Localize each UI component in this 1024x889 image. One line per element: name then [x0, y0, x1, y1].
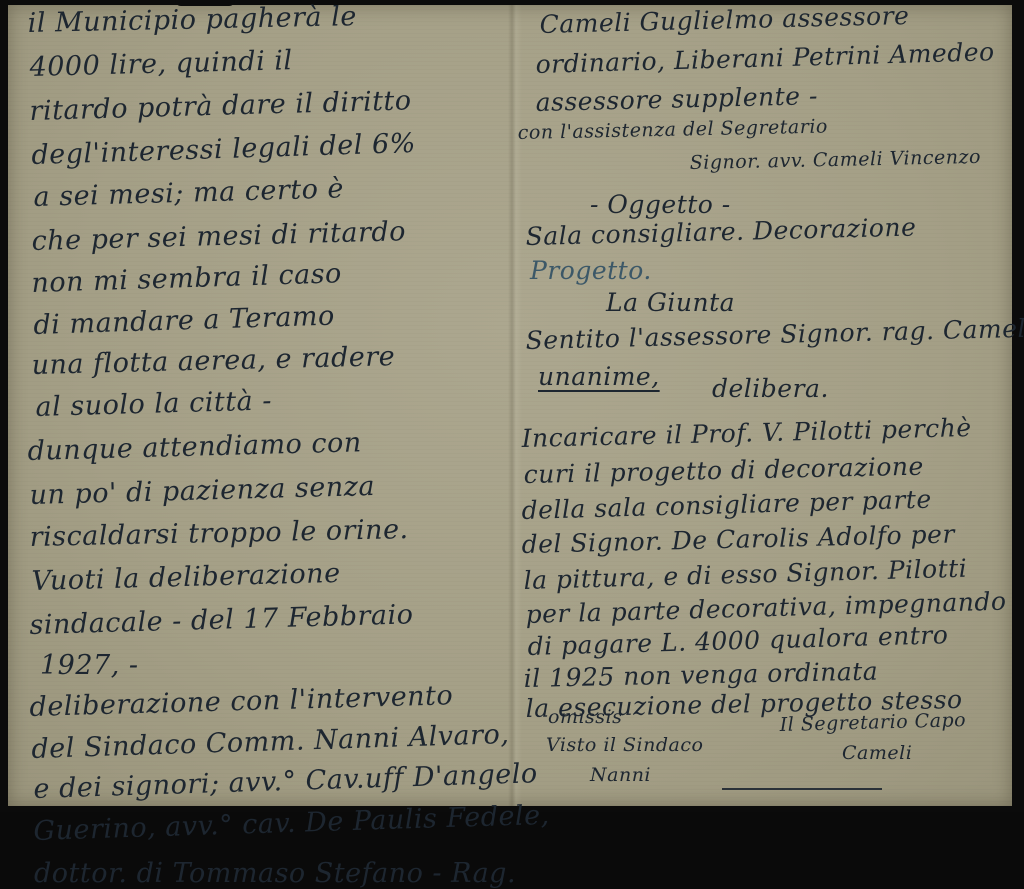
- text-line: omissis: [548, 706, 622, 728]
- text-line: Progetto.: [530, 256, 652, 285]
- text-line: La Giunta: [606, 288, 735, 317]
- signature-name-sindaco: Nanni: [590, 764, 651, 786]
- text-line: - Oggetto -: [590, 190, 731, 219]
- signature-name-segretario: Cameli: [842, 742, 912, 764]
- text-line: unanime,: [538, 362, 660, 391]
- text-line: al suolo la città -: [35, 385, 272, 423]
- text-line: delibera.: [712, 374, 829, 403]
- signature-label-sindaco: Visto il Sindaco: [546, 734, 703, 756]
- signature-rule: [722, 788, 882, 790]
- text-line: 1927, -: [40, 650, 139, 681]
